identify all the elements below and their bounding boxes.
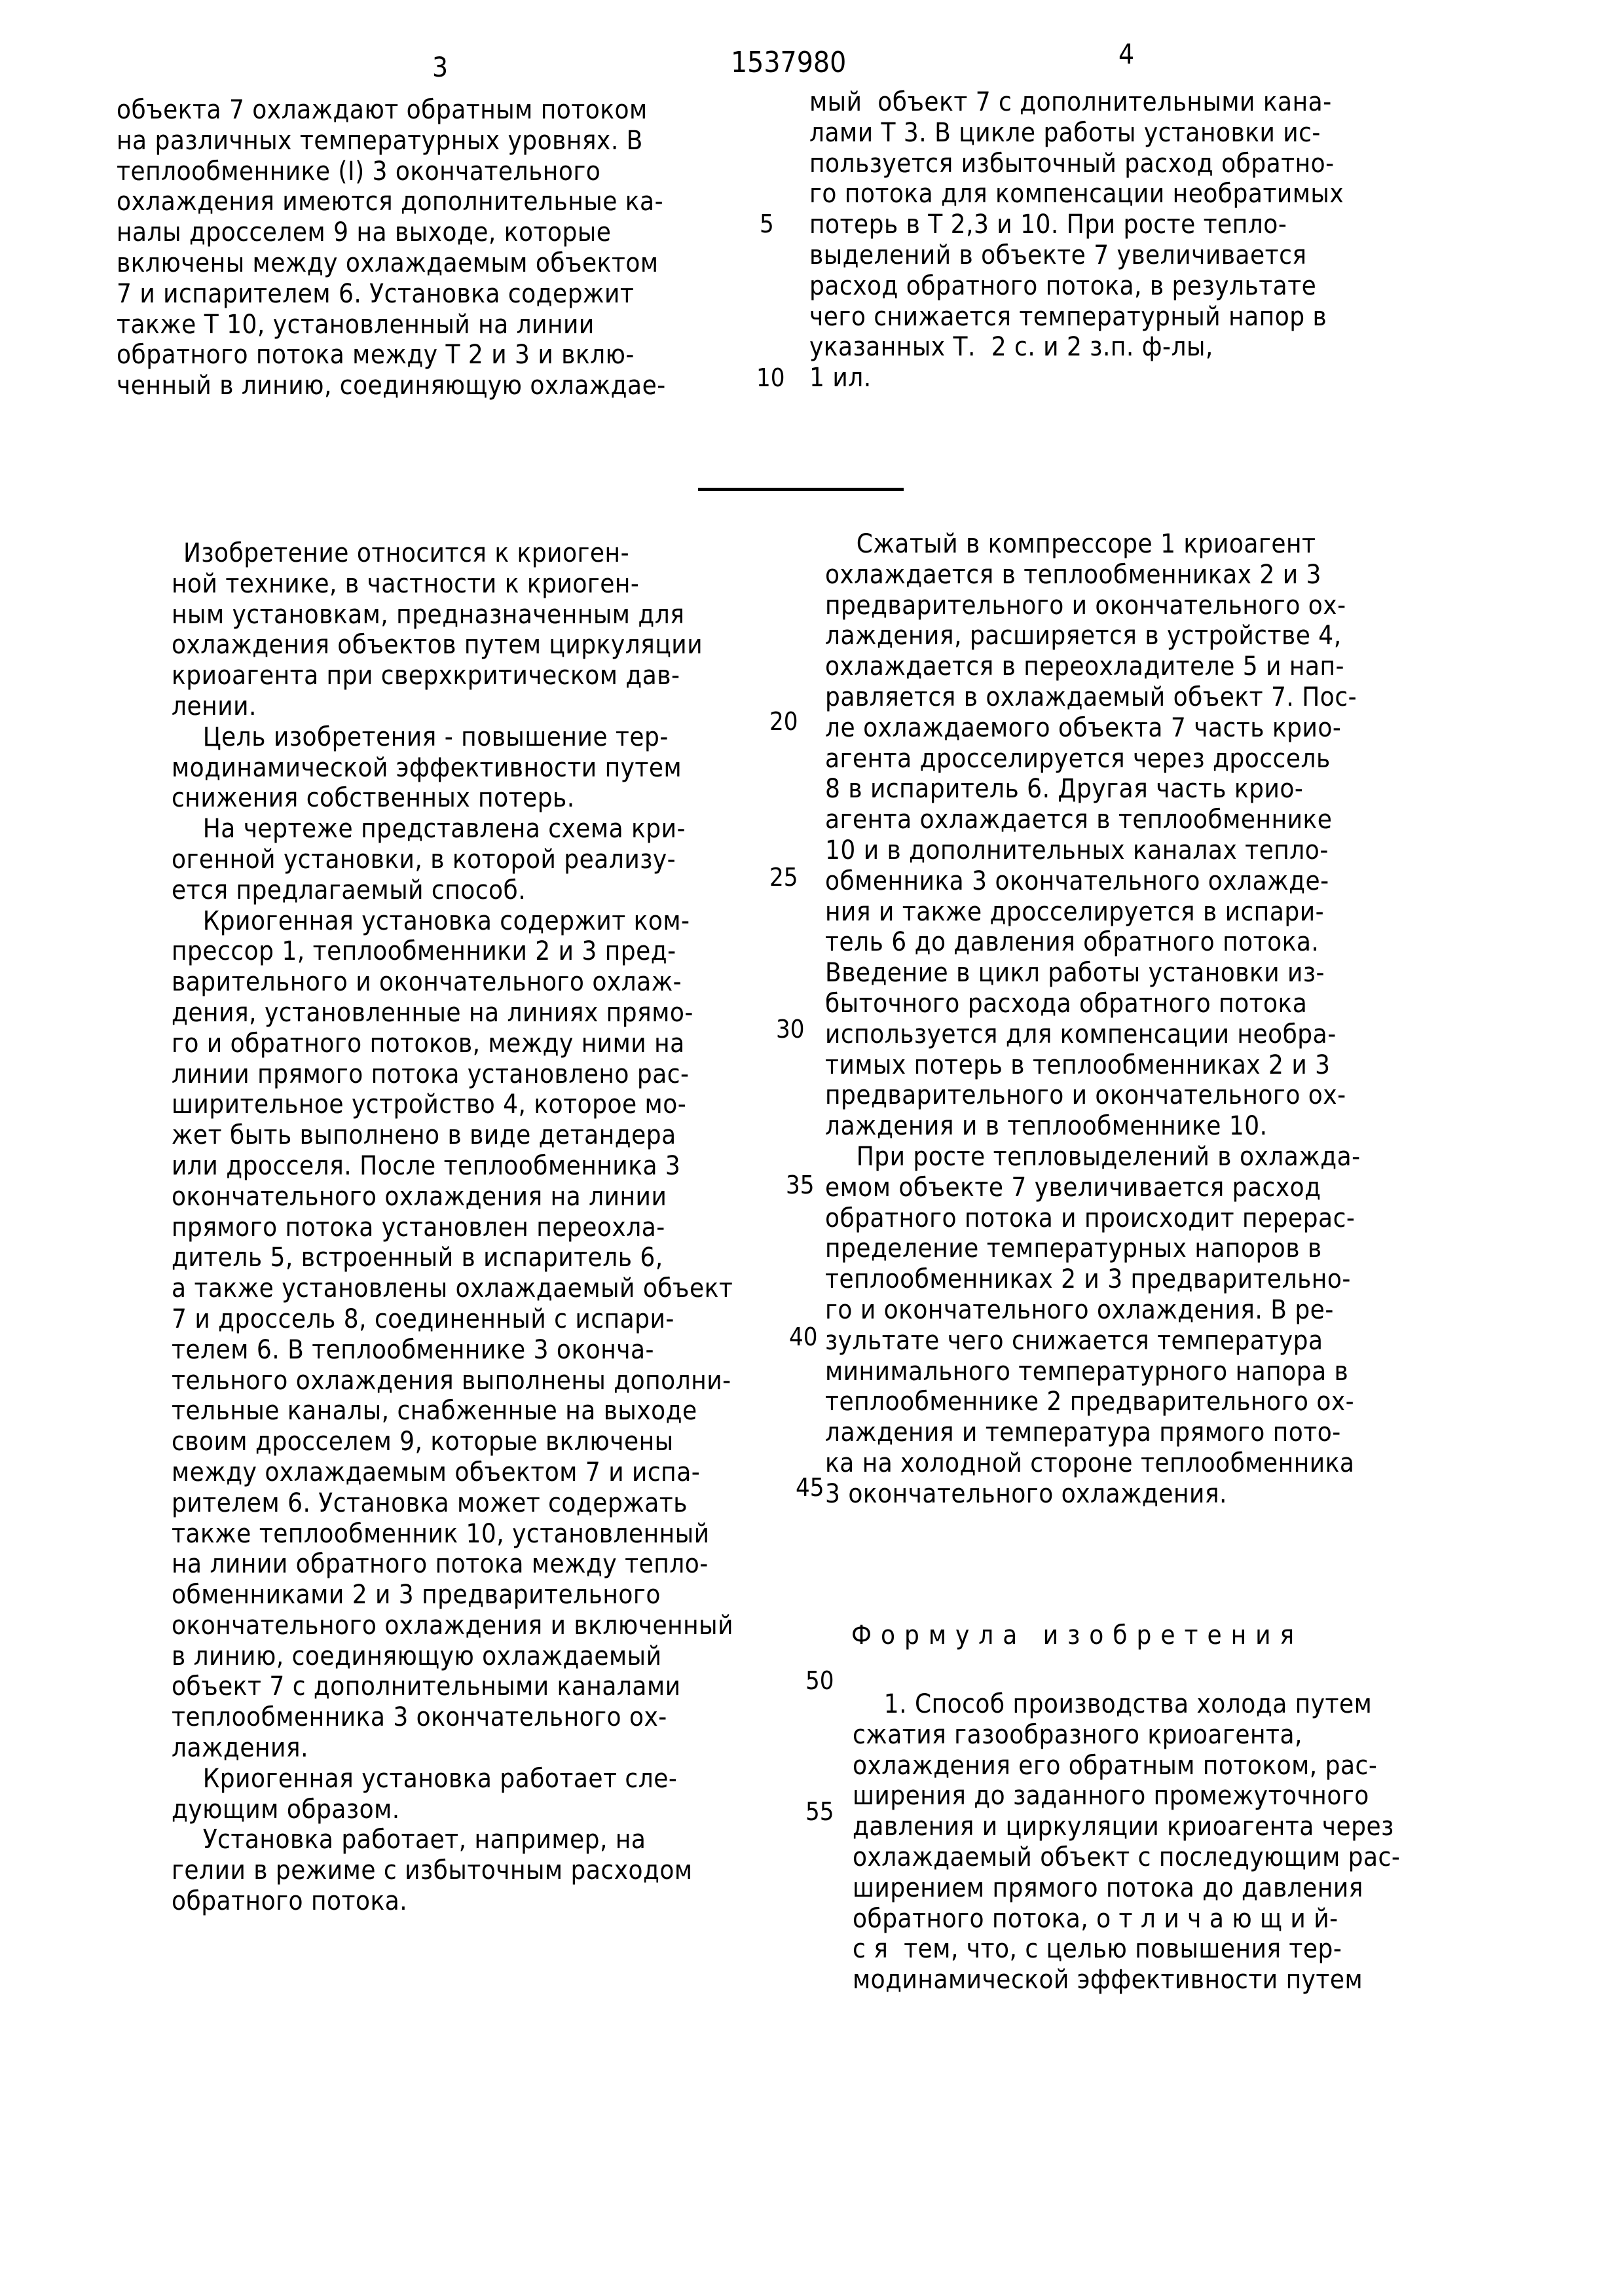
- text-line: лении.: [172, 691, 813, 722]
- text-line: го и окончательного охлаждения. В ре-: [825, 1295, 1480, 1326]
- text-line: в линию, соединяющую охлаждаемый: [172, 1641, 813, 1672]
- text-line: лаждения, расширяется в устройстве 4,: [825, 621, 1480, 651]
- text-line: Введение в цикл работы установки из-: [825, 958, 1480, 989]
- text-line: с я тем, что, с целью повышения тер-: [853, 1934, 1507, 1965]
- text-line: ле охлаждаемого объекта 7 часть крио-: [825, 713, 1480, 744]
- text-line: на различных температурных уровнях. В: [117, 126, 771, 156]
- text-line: обратного потока между Т 2 и 3 и вклю-: [117, 340, 771, 371]
- page-number-right: 4: [1118, 38, 1134, 70]
- text-line: своим дросселем 9, которые включены: [172, 1427, 813, 1457]
- text-line: обратного потока.: [172, 1886, 813, 1917]
- text-line: объекта 7 охлаждают обратным потоком: [117, 95, 771, 126]
- text-line: тельного охлаждения выполнены дополни-: [172, 1366, 813, 1396]
- text-line: 10 и в дополнительных каналах тепло-: [825, 835, 1480, 866]
- text-line: быточного расхода обратного потока: [825, 989, 1480, 1019]
- text-line: теплообменника 3 окончательного ох-: [172, 1702, 813, 1733]
- text-line: пользуется избыточный расход обратно-: [809, 149, 1464, 179]
- text-line: ной технике, в частности к криоген-: [172, 569, 813, 600]
- text-line: налы дросселем 9 на выходе, которые: [117, 217, 771, 248]
- text-line: прессор 1, теплообменники 2 и 3 пред-: [172, 936, 813, 967]
- text-line: линии прямого потока установлено рас-: [172, 1059, 813, 1090]
- patent-number: 1537980: [731, 46, 846, 79]
- text-line: обменниками 2 и 3 предварительного: [172, 1580, 813, 1611]
- text-line: Установка работает, например, на: [172, 1825, 813, 1855]
- text-line: сжатия газообразного криоагента,: [853, 1720, 1507, 1751]
- text-line: го и обратного потоков, между ними на: [172, 1029, 813, 1059]
- text-line: охлаждения его обратным потоком, рас-: [853, 1751, 1507, 1781]
- text-line: расход обратного потока, в результате: [809, 271, 1464, 302]
- text-line: обратного потока и происходит перерас-: [825, 1203, 1480, 1234]
- text-line: огенной установки, в которой реализу-: [172, 845, 813, 875]
- text-line: лаждения.: [172, 1733, 813, 1764]
- text-line: 7 и испарителем 6. Установка содержит: [117, 279, 771, 310]
- text-line: теплообменниках 2 и 3 предварительно-: [825, 1264, 1480, 1295]
- text-line: криоагента при сверхкритическом дав-: [172, 661, 813, 691]
- text-line: или дросселя. После теплообменника 3: [172, 1151, 813, 1182]
- body-right-column: Сжатый в компрессоре 1 криоагент охлажда…: [825, 529, 1480, 1510]
- text-line: на линии обратного потока между тепло-: [172, 1549, 813, 1580]
- text-line: теплообменнике (I) 3 окончательного: [117, 156, 771, 187]
- text-line: чего снижается температурный напор в: [809, 302, 1464, 333]
- text-line: гелии в режиме с избыточным расходом: [172, 1855, 813, 1886]
- text-line: зультате чего снижается температура: [825, 1326, 1480, 1357]
- text-line: охлаждаемый объект с последующим рас-: [853, 1842, 1507, 1873]
- line-number: 45: [796, 1473, 824, 1502]
- text-line: ния и также дросселируется в испари-: [825, 897, 1480, 928]
- text-line: прямого потока установлен переохла-: [172, 1212, 813, 1243]
- text-line: обменника 3 окончательного охлажде-: [825, 866, 1480, 897]
- abstract-right-column: мый объект 7 с дополнительными кана- лам…: [809, 87, 1464, 393]
- text-line: модинамической эффективности путем: [172, 753, 813, 784]
- text-line: ченный в линию, соединяющую охлаждае-: [117, 371, 771, 401]
- text-line: рителем 6. Установка может содержать: [172, 1488, 813, 1519]
- line-number: 30: [776, 1015, 805, 1044]
- line-number: 25: [769, 863, 798, 892]
- text-line: тельные каналы, снабженные на выходе: [172, 1396, 813, 1427]
- text-line: го потока для компенсации необратимых: [809, 179, 1464, 210]
- claims-column: 1. Способ производства холода путем сжат…: [853, 1689, 1507, 1995]
- text-line: ется предлагаемый способ.: [172, 875, 813, 906]
- text-line: 1. Способ производства холода путем: [853, 1689, 1507, 1720]
- text-line: окончательного охлаждения и включенный: [172, 1611, 813, 1641]
- text-line: дения, установленные на линиях прямо-: [172, 998, 813, 1029]
- line-number: 10: [756, 363, 785, 392]
- text-line: предварительного и окончательного ох-: [825, 591, 1480, 621]
- abstract-left-column: объекта 7 охлаждают обратным потоком на …: [117, 95, 771, 401]
- text-line: емом объекте 7 увеличивается расход: [825, 1173, 1480, 1203]
- text-line: предварительного и окончательного ох-: [825, 1080, 1480, 1111]
- text-line: При росте тепловыделений в охлажда-: [825, 1142, 1480, 1173]
- text-line: На чертеже представлена схема кри-: [172, 814, 813, 845]
- text-line: 7 и дроссель 8, соединенный с испари-: [172, 1304, 813, 1335]
- text-line: мый объект 7 с дополнительными кана-: [809, 87, 1464, 118]
- text-line: также Т 10, установленный на линии: [117, 310, 771, 340]
- text-line: обратного потока, о т л и ч а ю щ и й-: [853, 1904, 1507, 1935]
- text-line: объект 7 с дополнительными каналами: [172, 1671, 813, 1702]
- page-number-left: 3: [432, 51, 448, 83]
- text-line: 1 ил.: [809, 363, 1464, 393]
- text-line: между охлаждаемым объектом 7 и испа-: [172, 1457, 813, 1488]
- text-line: дитель 5, встроенный в испаритель 6,: [172, 1243, 813, 1273]
- line-number: 5: [760, 210, 774, 238]
- claims-heading: Формула изобретения: [851, 1620, 1303, 1650]
- text-line: дующим образом.: [172, 1795, 813, 1825]
- text-line: 3 окончательного охлаждения.: [825, 1479, 1480, 1510]
- text-line: давления и циркуляции криоагента через: [853, 1812, 1507, 1842]
- text-line: выделений в объекте 7 увеличивается: [809, 240, 1464, 271]
- text-line: охлаждается в теплообменниках 2 и 3: [825, 560, 1480, 591]
- text-line: ным установкам, предназначенным для: [172, 600, 813, 630]
- text-line: равляется в охлаждаемый объект 7. Пос-: [825, 682, 1480, 713]
- text-line: Изобретение относится к криоген-: [172, 538, 813, 569]
- text-line: тимых потерь в теплообменниках 2 и 3: [825, 1050, 1480, 1081]
- line-number: 55: [805, 1797, 834, 1826]
- text-line: агента охлаждается в теплообменнике: [825, 805, 1480, 835]
- text-line: телем 6. В теплообменнике 3 оконча-: [172, 1335, 813, 1366]
- text-line: жет быть выполнено в виде детандера: [172, 1120, 813, 1151]
- text-line: лаждения и в теплообменнике 10.: [825, 1111, 1480, 1142]
- body-left-column: Изобретение относится к криоген- ной тех…: [172, 538, 813, 1917]
- text-line: указанных Т. 2 с. и 2 з.п. ф-лы,: [809, 332, 1464, 363]
- section-divider: [698, 488, 904, 491]
- text-line: снижения собственных потерь.: [172, 783, 813, 814]
- line-number: 50: [805, 1666, 834, 1695]
- text-line: Криогенная установка работает сле-: [172, 1764, 813, 1795]
- text-line: ширительное устройство 4, которое мо-: [172, 1089, 813, 1120]
- text-line: также теплообменник 10, установленный: [172, 1519, 813, 1550]
- text-line: окончательного охлаждения на линии: [172, 1182, 813, 1212]
- text-line: Цель изобретения - повышение тер-: [172, 722, 813, 753]
- text-line: Криогенная установка содержит ком-: [172, 906, 813, 937]
- text-line: используется для компенсации необра-: [825, 1019, 1480, 1050]
- text-line: охлаждения имеются дополнительные ка-: [117, 187, 771, 217]
- text-line: 8 в испаритель 6. Другая часть крио-: [825, 774, 1480, 805]
- text-line: охлаждения объектов путем циркуляции: [172, 630, 813, 661]
- line-number: 40: [789, 1322, 818, 1351]
- text-line: ширением прямого потока до давления: [853, 1873, 1507, 1904]
- text-line: ка на холодной стороне теплообменника: [825, 1448, 1480, 1479]
- line-number: 20: [769, 707, 798, 736]
- text-line: а также установлены охлаждаемый объект: [172, 1273, 813, 1304]
- line-number: 35: [786, 1171, 815, 1199]
- text-line: пределение температурных напоров в: [825, 1233, 1480, 1264]
- text-line: тель 6 до давления обратного потока.: [825, 927, 1480, 958]
- text-line: лами Т 3. В цикле работы установки ис-: [809, 118, 1464, 149]
- text-line: Сжатый в компрессоре 1 криоагент: [825, 529, 1480, 560]
- text-line: включены между охлаждаемым объектом: [117, 248, 771, 279]
- text-line: минимального температурного напора в: [825, 1357, 1480, 1387]
- text-line: ширения до заданного промежуточного: [853, 1781, 1507, 1812]
- text-line: модинамической эффективности путем: [853, 1965, 1507, 1995]
- text-line: лаждения и температура прямого пото-: [825, 1417, 1480, 1448]
- text-line: охлаждается в переохладителе 5 и нап-: [825, 651, 1480, 682]
- text-line: агента дросселируется через дроссель: [825, 744, 1480, 774]
- text-line: теплообменнике 2 предварительного ох-: [825, 1387, 1480, 1417]
- text-line: варительного и окончательного охлаж-: [172, 967, 813, 998]
- text-line: потерь в Т 2,3 и 10. При росте тепло-: [809, 210, 1464, 240]
